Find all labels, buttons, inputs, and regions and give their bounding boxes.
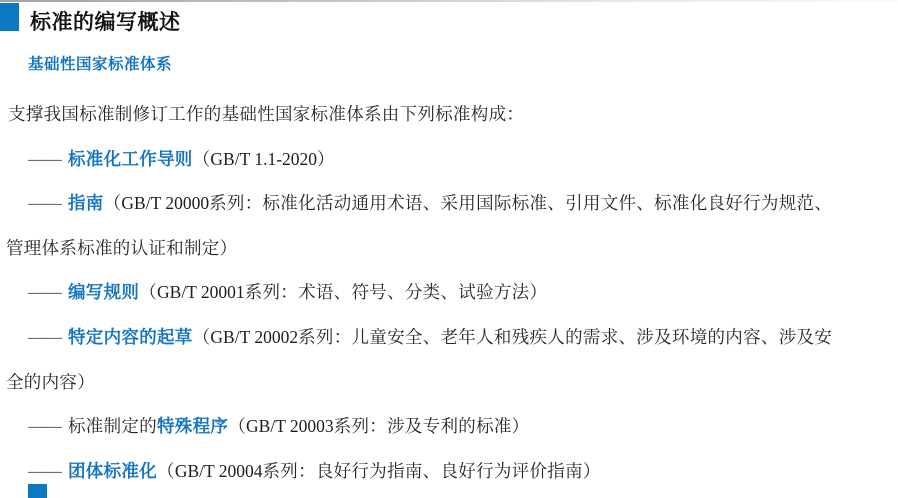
- blue-square-icon: [0, 3, 19, 31]
- highlight-term: 指南: [68, 193, 104, 213]
- body-line: ——指南（GB/T 20000系列：标准化活动通用术语、采用国际标准、引用文件、…: [6, 181, 894, 226]
- em-dash: ——: [28, 149, 61, 169]
- text-segment: 系列：标准化活动通用术语、采用国际标准、引用文件、标准化良好行为规范、: [209, 193, 832, 213]
- highlight-term: 标准化工作导则: [68, 149, 193, 169]
- body-line: 支撑我国标准制修订工作的基础性国家标准体系由下列标准构成：: [6, 92, 894, 137]
- body-line: ——编写规则（GB/T 20001系列：术语、符号、分类、试验方法）: [6, 270, 894, 315]
- text-segment: 系列：涉及专利的标准）: [334, 416, 530, 436]
- body-text-block: 支撑我国标准制修订工作的基础性国家标准体系由下列标准构成：——标准化工作导则（G…: [6, 92, 894, 493]
- body-line: 全的内容）: [6, 360, 894, 405]
- page-title: 标准的编写概述: [30, 6, 181, 36]
- text-segment: GB/T 20003: [246, 416, 334, 436]
- text-segment: （: [139, 282, 157, 302]
- text-segment: 标准制定的: [68, 416, 157, 436]
- body-line: ——标准化工作导则（GB/T 1.1-2020）: [6, 137, 894, 182]
- text-segment: （: [104, 193, 122, 213]
- body-line: ——特定内容的起草（GB/T 20002系列：儿童安全、老年人和残疾人的需求、涉…: [6, 315, 894, 360]
- text-segment: （: [193, 149, 211, 169]
- text-segment: 管理体系标准的认证和制定）: [6, 238, 237, 258]
- em-dash: ——: [28, 282, 61, 302]
- text-segment: 系列：术语、符号、分类、试验方法）: [245, 282, 548, 302]
- em-dash: ——: [28, 327, 61, 347]
- text-segment: 全的内容）: [6, 372, 95, 392]
- em-dash: ——: [28, 193, 61, 213]
- text-segment: GB/T 20000: [121, 193, 209, 213]
- top-divider-line: [0, 0, 898, 2]
- text-segment: ）: [317, 149, 335, 169]
- text-segment: GB/T 20001: [157, 282, 245, 302]
- blue-square-icon: [28, 484, 47, 498]
- text-segment: GB/T 20004: [175, 461, 263, 481]
- highlight-term: 编写规则: [68, 282, 139, 302]
- text-segment: GB/T 20002: [210, 327, 298, 347]
- section-subtitle: 基础性国家标准体系: [28, 52, 172, 74]
- slide: 标准的编写概述 基础性国家标准体系 支撑我国标准制修订工作的基础性国家标准体系由…: [0, 0, 898, 498]
- body-line: 管理体系标准的认证和制定）: [6, 226, 894, 271]
- em-dash: ——: [28, 461, 61, 481]
- text-segment: （: [193, 327, 211, 347]
- em-dash: ——: [28, 416, 61, 436]
- text-segment: （: [228, 416, 246, 436]
- highlight-term: 特殊程序: [157, 416, 228, 436]
- body-line: ——标准制定的特殊程序（GB/T 20003系列：涉及专利的标准）: [6, 404, 894, 449]
- text-segment: 支撑我国标准制修订工作的基础性国家标准体系由下列标准构成：: [8, 104, 524, 124]
- highlight-term: 团体标准化: [68, 461, 157, 481]
- text-segment: GB/T 1.1-2020: [210, 149, 317, 169]
- text-segment: （: [157, 461, 175, 481]
- text-segment: 系列：良好行为指南、良好行为评价指南）: [262, 461, 600, 481]
- body-line: ——团体标准化（GB/T 20004系列：良好行为指南、良好行为评价指南）: [6, 449, 894, 494]
- text-segment: 系列：儿童安全、老年人和残疾人的需求、涉及环境的内容、涉及安: [298, 327, 832, 347]
- highlight-term: 特定内容的起草: [68, 327, 193, 347]
